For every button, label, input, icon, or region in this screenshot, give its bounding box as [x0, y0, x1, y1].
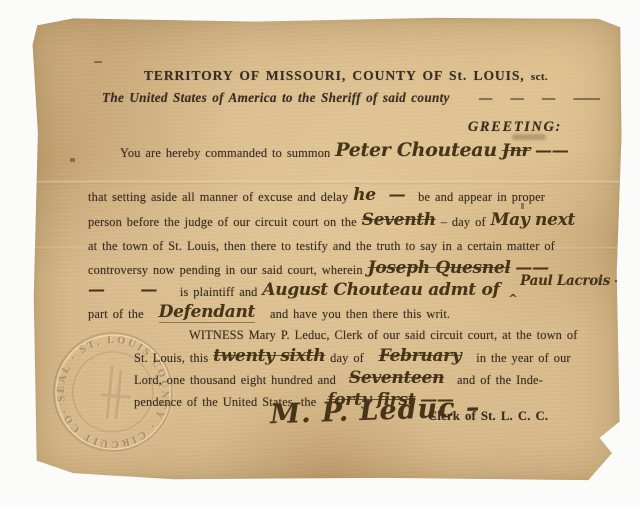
heading-text: TERRITORY OF MISSOURI, COUNTY OF St. LOU…: [144, 68, 525, 83]
summon-line: You are hereby commanded to summon Peter…: [120, 141, 568, 163]
insertion-caret: ^: [508, 292, 517, 305]
witness-line-1: WITNESS Mary P. Leduc, Clerk of our said…: [189, 325, 577, 345]
body-line-3: at the town of St. Louis, then there to …: [88, 236, 555, 256]
fold-crease-upper: [32, 181, 622, 184]
court-day-handwritten: Seventh: [362, 210, 436, 230]
document-heading: TERRITORY OF MISSOURI, COUNTY OF St. LOU…: [32, 66, 622, 87]
ink-smudge: [512, 134, 546, 140]
body-dash: —: [389, 185, 406, 205]
summon-printed: You are hereby commanded to summon: [120, 146, 330, 160]
clerk-title-printed: Clerk of St. L. C. C.: [428, 406, 548, 426]
witness-printed: St. Louis, this: [134, 351, 208, 365]
summoned-name-handwritten: Peter Chouteau: [335, 139, 497, 161]
day-of-month-handwritten: twenty sixth: [213, 346, 325, 366]
salutation-dashes: — — — ——: [479, 88, 600, 108]
body-printed: that setting aside all manner of excuse …: [88, 190, 348, 204]
witness-printed: and of the Inde-: [457, 373, 543, 387]
seal-center-figure: [89, 364, 139, 423]
body-printed: controversy now pending in our said cour…: [88, 263, 363, 277]
party-role-handwritten: Defendant: [159, 302, 255, 323]
witness-line-3: Lord, one thousand eight hundred and Sev…: [134, 369, 543, 390]
body-printed: – day of: [441, 215, 486, 229]
paper-sheet: · SEAL · ST. LOUIS COUNTY · CIRCUIT COUR…: [32, 17, 622, 482]
scanned-document: · SEAL · ST. LOUIS COUNTY · CIRCUIT COUR…: [0, 0, 640, 507]
witness-printed: in the year of our: [476, 351, 570, 365]
month-handwritten: May next: [491, 210, 575, 230]
heading-abbreviation: sct.: [531, 71, 548, 83]
witness-printed: day of: [330, 351, 364, 365]
body-line-6: part of the Defendant and have you then …: [88, 303, 450, 324]
pronoun-handwritten: he: [353, 185, 376, 205]
body-printed: part of the: [88, 307, 144, 321]
salutation-line: The United States of America to the Sher…: [102, 88, 600, 108]
body-printed: is plaintiff and: [180, 285, 258, 299]
body-printed: be and appear in proper: [418, 190, 545, 204]
year-handwritten: Seventeen: [349, 368, 444, 388]
plaintiff-name-handwritten: Joseph Quesnel: [368, 258, 511, 278]
body-line-2: person before the judge of our circuit c…: [88, 211, 575, 232]
witness-month-handwritten: February: [379, 346, 462, 366]
witness-printed: Lord, one thousand eight hundred and: [134, 373, 336, 387]
inserted-name-handwritten: Paul Lacrois —: [520, 273, 628, 289]
body-line-5: — — is plaintiff and August Chouteau adm…: [88, 281, 640, 303]
fill-dashes-handwritten: — —: [88, 280, 157, 300]
body-printed: person before the judge of our circuit c…: [88, 215, 357, 229]
body-line-4: controversy now pending in our said cour…: [88, 259, 549, 280]
body-printed: and have you then there this writ.: [270, 307, 450, 321]
body-line-1: that setting aside all manner of excuse …: [88, 186, 545, 207]
summoned-name-suffix: Jnr: [502, 141, 530, 161]
ink-speck: [94, 61, 102, 63]
salutation-text: The United States of America to the Sher…: [102, 88, 450, 108]
summon-dash: ——: [535, 141, 568, 161]
ink-speck: [70, 158, 75, 162]
defendant-name-handwritten: August Chouteau admt of: [262, 280, 499, 300]
body-printed: defendant, on the: [633, 285, 640, 299]
witness-line-2: St. Louis, this twenty sixth day of Febr…: [134, 347, 571, 368]
